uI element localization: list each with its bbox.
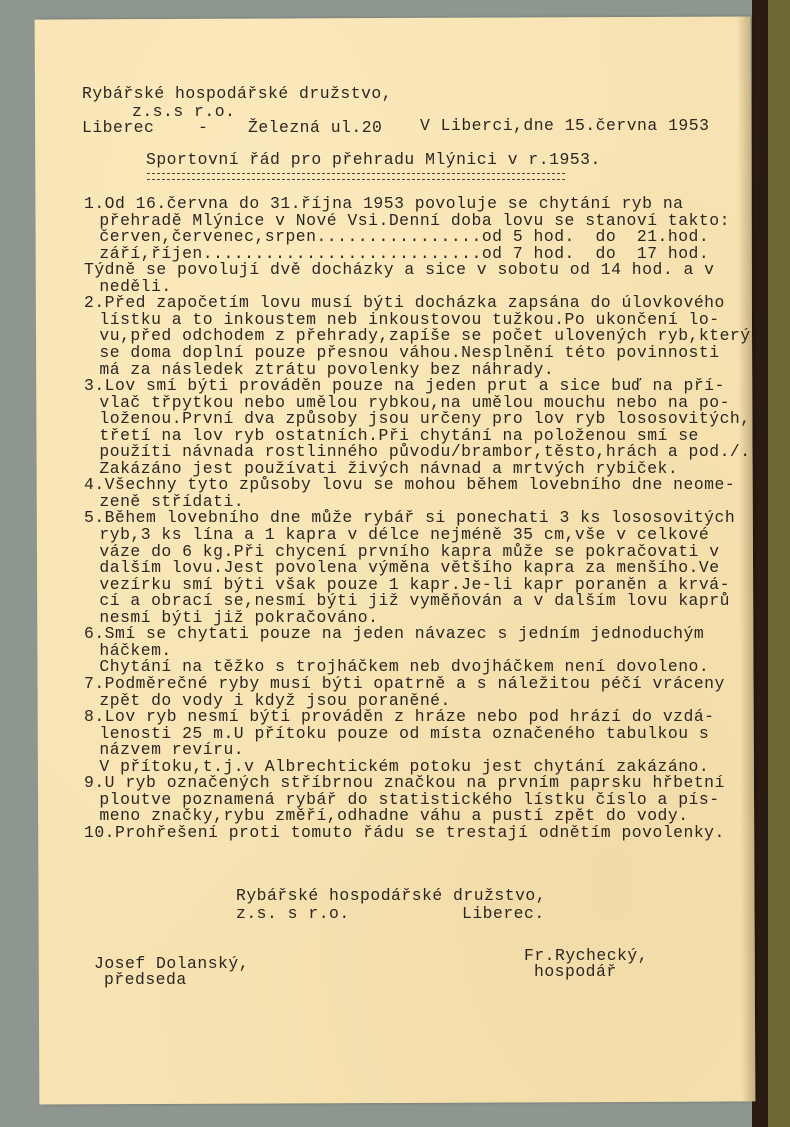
body-line: meno značky,rybu změří,odhadne váhu a pu… — [99, 808, 688, 824]
body-line: 4.Všechny tyto způsoby lovu se mohou běh… — [84, 477, 735, 493]
title-underline — [147, 173, 565, 180]
body-line: 6.Smí se chytati pouze na jeden návazec … — [84, 626, 704, 642]
body-line: použíti návnada rostlinného původu/bramb… — [99, 444, 750, 460]
body-line: 10.Prohřešení proti tomuto řádu se trest… — [84, 825, 725, 841]
left-signatory-role: předseda — [104, 972, 187, 988]
body-line: 9.U ryb označených stříbrnou značkou na … — [84, 775, 725, 791]
letterhead-city: Liberec — [82, 120, 154, 136]
body-line: cí a obrací se,nesmí býti již vyměňován … — [99, 593, 730, 609]
footer-city: Liberec. — [462, 906, 545, 922]
body-line: vu,před odchodem z přehrady,zapíše se po… — [99, 328, 750, 344]
body-line: dalším lovu.Jest povolena výměna většího… — [99, 560, 719, 576]
document-title: Sportovní řád pro přehradu Mlýnici v r.1… — [146, 152, 601, 168]
body-line: názvem revíru. — [99, 742, 244, 758]
body-line: ryb,3 ks lína a 1 kapra v délce nejméně … — [99, 527, 709, 543]
body-line: se doma doplní pouze přesnou váhou.Nespl… — [99, 345, 719, 361]
background-cover — [768, 0, 790, 1127]
body-line: Chytání na těžko s trojháčkem neb dvojhá… — [99, 659, 709, 675]
body-line: 2.Před započetím lovu musí býti docházka… — [84, 295, 725, 311]
footer-org-name: Rybářské hospodářské družstvo, — [236, 888, 546, 904]
letterhead-dash: - — [198, 120, 208, 136]
body-line: 3.Lov smí býti prováděn pouze na jeden p… — [84, 378, 725, 394]
body-line: Týdně se povolují dvě docházky a sice v … — [84, 262, 715, 278]
body-line: červen,červenec,srpen................od … — [99, 229, 709, 245]
letterhead-address: Železná ul.20 — [248, 120, 382, 136]
place-and-date: V Liberci,dne 15.června 1953 — [420, 118, 709, 134]
letterhead-org-name: Rybářské hospodářské družstvo, — [82, 86, 392, 102]
footer-org-form: z.s. s r.o. — [236, 906, 350, 922]
right-signatory-role: hospodář — [534, 964, 617, 980]
body-line: 7.Podměrečné ryby musí býti opatrně a s … — [84, 676, 725, 692]
body-line: 8.Lov ryb nesmí býti prováděn z hráze ne… — [84, 709, 715, 725]
body-line: 1.Od 16.června do 31.října 1953 povoluje… — [84, 196, 684, 212]
body-line: loženou.První dva způsoby jsou určeny pr… — [99, 411, 750, 427]
